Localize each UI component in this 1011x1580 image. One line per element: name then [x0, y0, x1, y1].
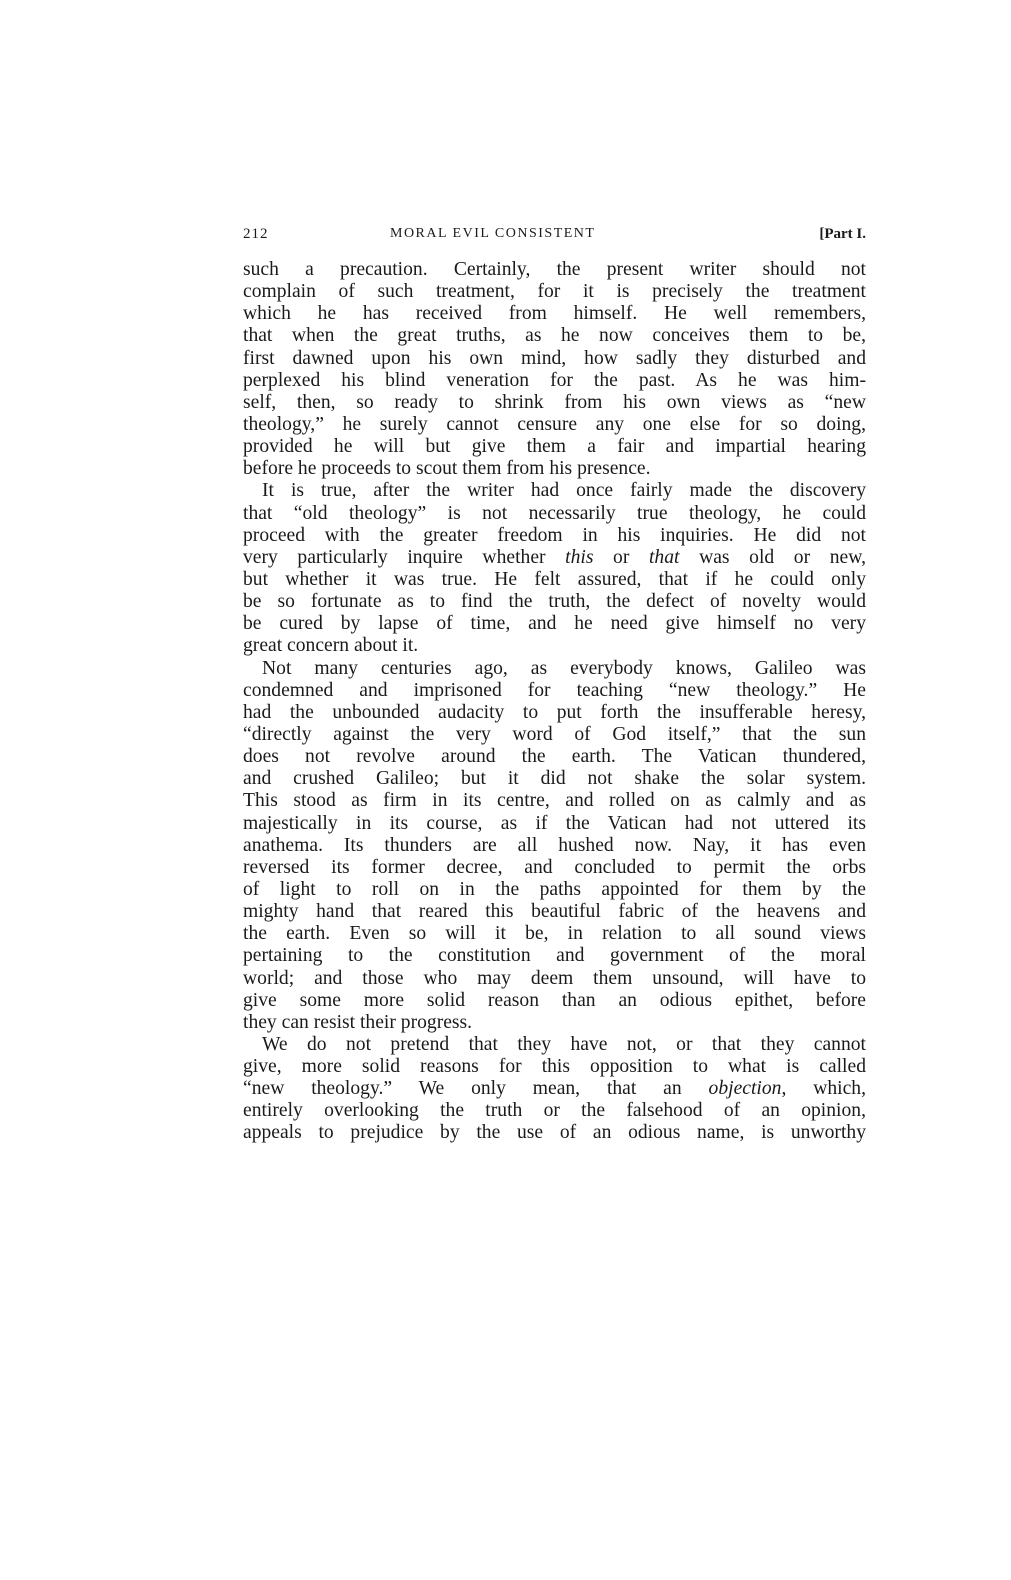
text-line: the earth. Even so will it be, in relati… [243, 923, 866, 945]
text-line: great concern about it. [243, 635, 866, 657]
text-line-with-emphasis: very particularly inquire whether this o… [243, 547, 866, 569]
text-fragment: very particularly inquire whether [243, 547, 565, 568]
paragraph-start-line: Not many centuries ago, as everybody kno… [243, 658, 866, 680]
text-line: appeals to prejudice by the use of an od… [243, 1122, 866, 1144]
text-line: had the unbounded audacity to put forth … [243, 702, 866, 724]
running-head: 212 MORAL EVIL CONSISTENT [Part I. [243, 223, 866, 245]
text-line: reversed its former decree, and conclude… [243, 857, 866, 879]
emphasis-that: that [649, 547, 679, 568]
running-title: MORAL EVIL CONSISTENT [390, 223, 595, 245]
text-fragment: “new theology.” We only mean, that an [243, 1078, 709, 1099]
text-line: give some more solid reason than an odio… [243, 990, 866, 1012]
text-line: self, then, so ready to shrink from his … [243, 392, 866, 414]
text-line: of light to roll on in the paths appoint… [243, 879, 866, 901]
text-line: and crushed Galileo; but it did not shak… [243, 768, 866, 790]
text-line: be so fortunate as to find the truth, th… [243, 591, 866, 613]
paragraph-start-line: We do not pretend that they have not, or… [243, 1034, 866, 1056]
text-line: perplexed his blind veneration for the p… [243, 370, 866, 392]
text-line: before he proceeds to scout them from hi… [243, 458, 866, 480]
text-fragment: was old or new, [679, 547, 866, 568]
text-line: such a precaution. Certainly, the presen… [243, 259, 866, 281]
page-number: 212 [243, 223, 269, 245]
text-line: provided he will but give them a fair an… [243, 436, 866, 458]
paragraph-start-line: It is true, after the writer had once fa… [243, 480, 866, 502]
text-line: entirely overlooking the truth or the fa… [243, 1100, 866, 1122]
text-fragment: , which, [781, 1078, 866, 1099]
text-line: that when the great truths, as he now co… [243, 325, 866, 347]
text-line: be cured by lapse of time, and he need g… [243, 613, 866, 635]
text-line: does not revolve around the earth. The V… [243, 746, 866, 768]
text-line: but whether it was true. He felt assured… [243, 569, 866, 591]
text-line: proceed with the greater freedom in his … [243, 525, 866, 547]
text-line: mighty hand that reared this beautiful f… [243, 901, 866, 923]
text-line: they can resist their progress. [243, 1012, 866, 1034]
book-page: 212 MORAL EVIL CONSISTENT [Part I. such … [243, 0, 866, 1580]
body-text: such a precaution. Certainly, the presen… [243, 259, 866, 1145]
text-line: This stood as firm in its centre, and ro… [243, 790, 866, 812]
part-label: [Part I. [819, 223, 866, 245]
text-line: anathema. Its thunders are all hushed no… [243, 835, 866, 857]
text-line: “directly against the very word of God i… [243, 724, 866, 746]
emphasis-objection: objection [709, 1078, 782, 1099]
text-line: give, more solid reasons for this opposi… [243, 1056, 866, 1078]
text-fragment: or [593, 547, 649, 568]
text-line: pertaining to the constitution and gover… [243, 945, 866, 967]
text-line: complain of such treatment, for it is pr… [243, 281, 866, 303]
text-line: first dawned upon his own mind, how sadl… [243, 348, 866, 370]
text-line: world; and those who may deem them unsou… [243, 968, 866, 990]
text-line: theology,” he surely cannot censure any … [243, 414, 866, 436]
text-line-with-emphasis: “new theology.” We only mean, that an ob… [243, 1078, 866, 1100]
text-line: which he has received from himself. He w… [243, 303, 866, 325]
text-line: that “old theology” is not necessarily t… [243, 503, 866, 525]
emphasis-this: this [565, 547, 593, 568]
text-line: condemned and imprisoned for teaching “n… [243, 680, 866, 702]
text-line: majestically in its course, as if the Va… [243, 813, 866, 835]
